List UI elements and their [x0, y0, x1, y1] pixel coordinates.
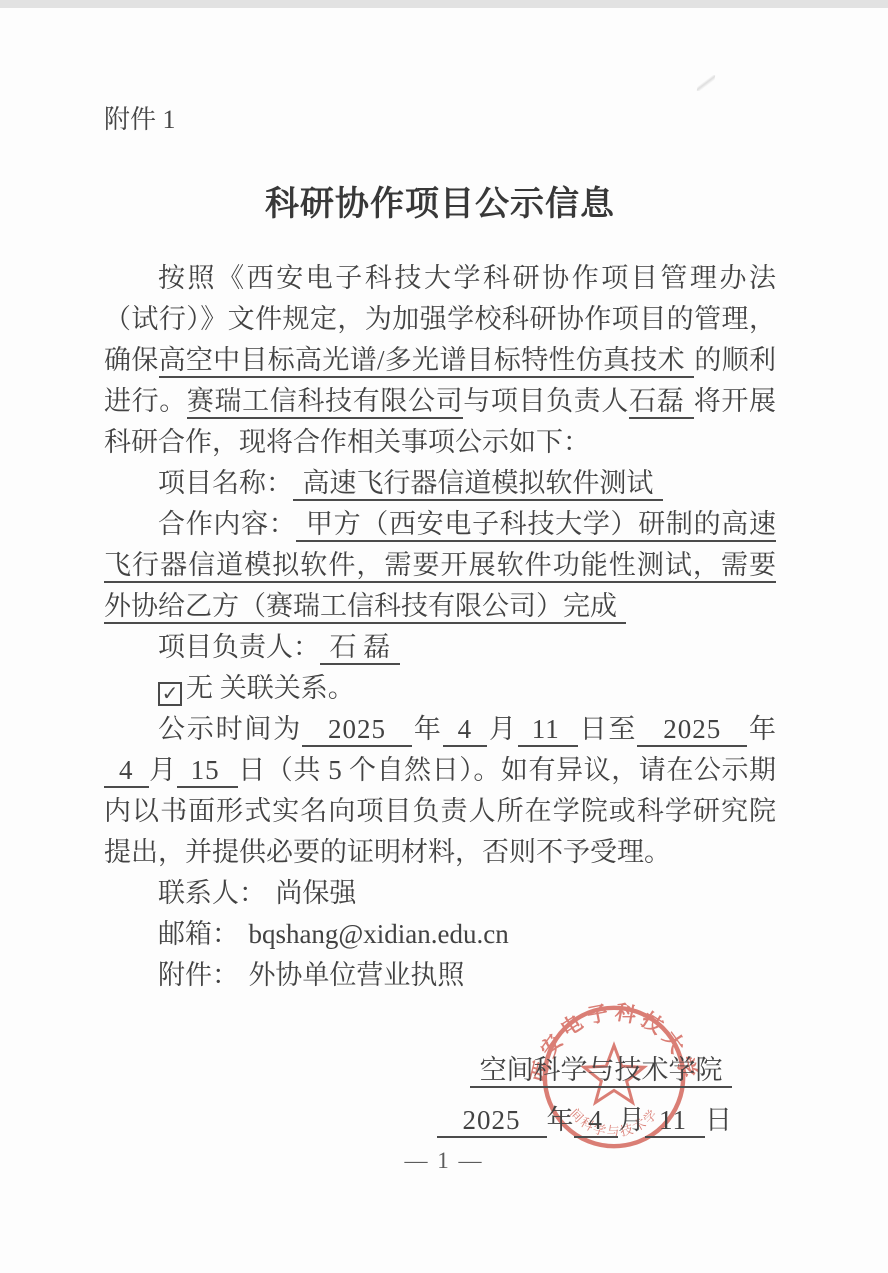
sign-year-unit: 年 — [547, 1105, 574, 1135]
email-label: 邮箱： — [158, 919, 239, 949]
document-title: 科研协作项目公示信息 — [104, 180, 776, 228]
attachment-number-label: 附件 1 — [104, 100, 776, 140]
checkmark-icon: ✓ — [162, 684, 179, 704]
signature-block: 空间科学与技术学院 2025年4月11日 — [104, 1048, 776, 1142]
document-page: 西安电子科技大学 空间科学与技术学院 附件 1 科研协作项目公示信息 按照《西安… — [0, 0, 888, 1273]
contact-person-line: 联系人：尚保强 — [104, 873, 776, 914]
email-value: bqshang@xidian.edu.cn — [239, 919, 509, 949]
project-leader-label: 项目负责人： — [158, 632, 320, 662]
project-name-value: 高速飞行器信道模拟软件测试 — [293, 468, 663, 501]
sign-year-value: 2025 — [437, 1105, 547, 1138]
document-body: 按照《西安电子科技大学科研协作项目管理办法（试行）》文件规定，为加强学校科研协作… — [104, 258, 776, 996]
project-name-line: 项目名称：高速飞行器信道模拟软件测试 — [104, 463, 776, 504]
project-leader-value: 石 磊 — [320, 632, 400, 665]
start-month-unit: 月 — [487, 714, 518, 744]
intro-paragraph: 按照《西安电子科技大学科研协作项目管理办法（试行）》文件规定，为加强学校科研协作… — [104, 258, 776, 463]
end-year-value: 2025 — [637, 714, 747, 747]
sign-month-value: 4 — [574, 1105, 619, 1138]
end-year-unit: 年 — [747, 714, 776, 744]
project-name-label: 项目名称： — [158, 468, 293, 498]
start-year-value: 2025 — [302, 714, 412, 747]
publicity-period-paragraph: 公示时间为2025年4月11日至2025年4月15日（共 5 个自然日）。如有异… — [104, 709, 776, 873]
start-year-unit: 年 — [412, 714, 443, 744]
attachment-list-value: 外协单位营业执照 — [239, 960, 464, 990]
attachment-list-label: 附件： — [158, 960, 239, 990]
start-day-value: 11 — [518, 714, 578, 747]
relation-text: 无 关联关系。 — [186, 673, 355, 703]
signing-organization-name: 空间科学与技术学院 — [470, 1055, 732, 1088]
sign-day-value: 11 — [645, 1105, 705, 1138]
contact-person-value: 尚保强 — [266, 878, 356, 908]
sign-day-unit: 日 — [705, 1105, 732, 1135]
no-relation-checkbox: ✓ — [158, 682, 182, 706]
start-day-unit: 日至 — [578, 714, 637, 744]
end-month-value: 4 — [104, 755, 149, 788]
sign-month-unit: 月 — [618, 1105, 645, 1135]
end-day-value: 15 — [177, 755, 238, 788]
project-leader-line: 项目负责人：石 磊 — [104, 627, 776, 668]
signing-organization: 空间科学与技术学院 — [104, 1048, 732, 1092]
cooperation-content-line: 合作内容：甲方（西安电子科技大学）研制的高速飞行器信道模拟软件，需要开展软件功能… — [104, 504, 776, 627]
start-month-value: 4 — [443, 714, 488, 747]
publicity-pre-text: 公示时间为 — [158, 714, 302, 744]
contact-person-label: 联系人： — [158, 878, 266, 908]
project-tech-underlined: 高空中目标高光谱/多光谱目标特性仿真技术 — [159, 345, 695, 378]
leader-name-underlined: 石磊 — [629, 386, 694, 419]
intro-mid2-text: 与项目负责人 — [463, 386, 629, 416]
page-number: — 1 — — [0, 1148, 888, 1174]
attachment-line: 附件：外协单位营业执照 — [104, 955, 776, 996]
company-name-underlined: 赛瑞工信科技有限公司 — [187, 386, 463, 419]
signing-date: 2025年4月11日 — [104, 1098, 732, 1142]
cooperation-label: 合作内容： — [158, 509, 296, 539]
end-day-unit: 日 — [238, 755, 266, 785]
end-month-unit: 月 — [149, 755, 177, 785]
email-line: 邮箱：bqshang@xidian.edu.cn — [104, 914, 776, 955]
relation-line: ✓无 关联关系。 — [104, 668, 776, 709]
